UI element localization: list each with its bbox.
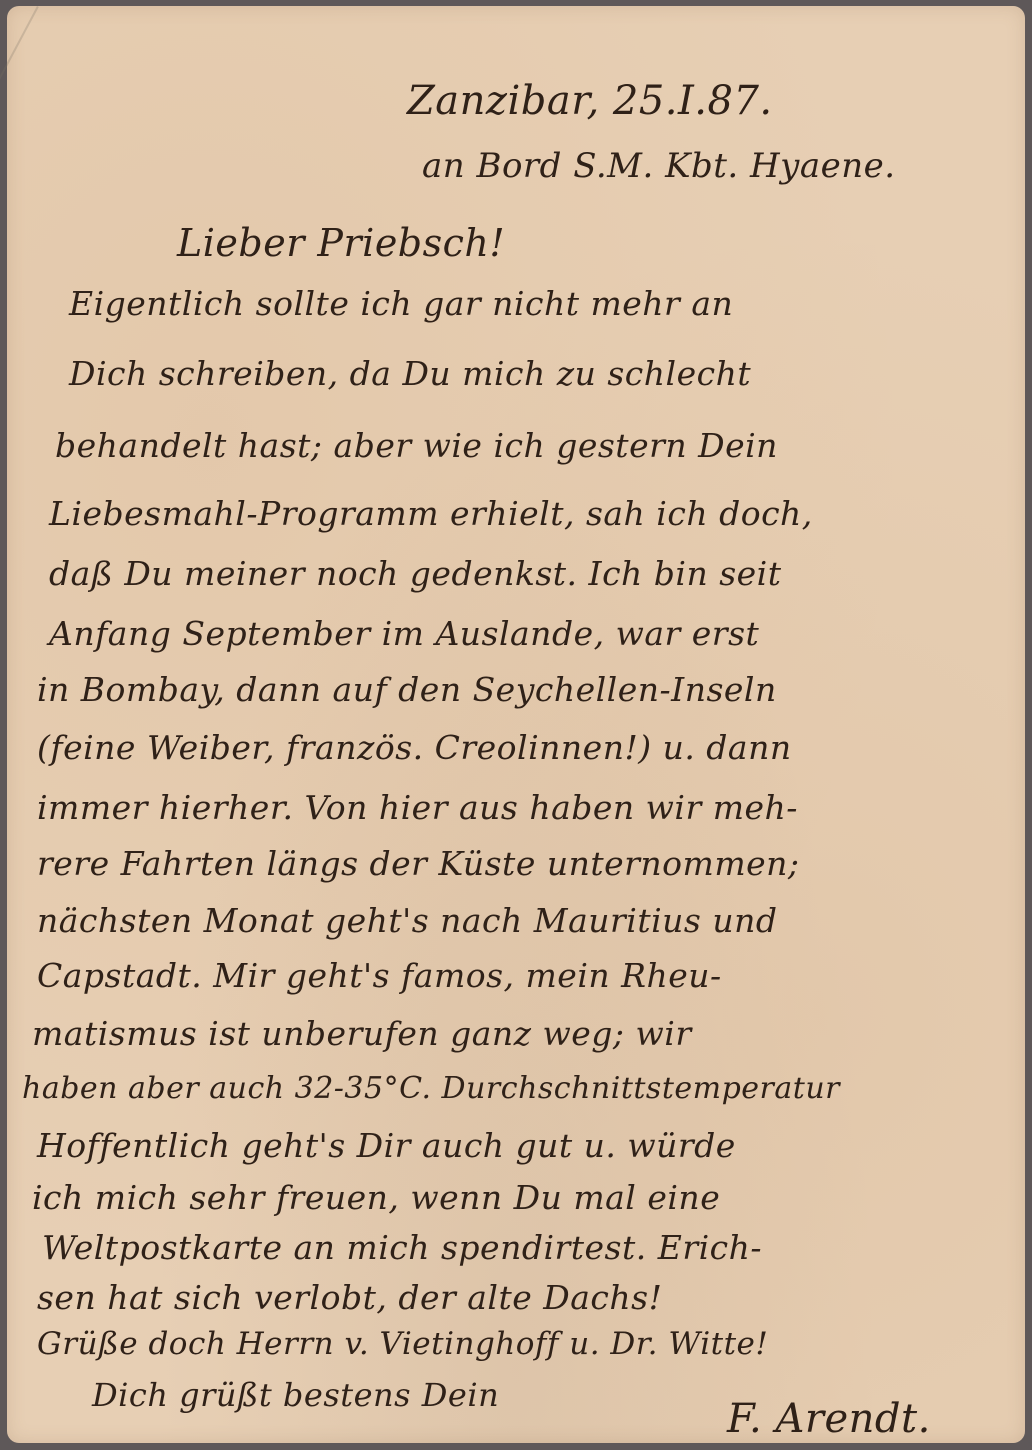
body-line: Hoffentlich geht's Dir auch gut u. würde [37, 1126, 736, 1165]
body-line: (feine Weiber, französ. Creolinnen!) u. … [37, 728, 792, 767]
body-line: haben aber auch 32-35°C. Durchschnittste… [22, 1071, 840, 1106]
body-line: behandelt hast; aber wie ich gestern Dei… [55, 426, 778, 465]
body-line: Weltpostkarte an mich spendirtest. Erich… [42, 1228, 762, 1267]
body-line: in Bombay, dann auf den Seychellen-Insel… [37, 670, 777, 709]
body-line: rere Fahrten längs der Küste unternommen… [37, 844, 800, 883]
greeting: Lieber Priebsch! [177, 221, 505, 265]
signature: F. Arendt. [727, 1396, 931, 1442]
body-line: Dich schreiben, da Du mich zu schlecht [69, 354, 751, 393]
body-line: nächsten Monat geht's nach Mauritius und [37, 901, 777, 940]
closing: Dich grüßt bestens Dein [92, 1376, 499, 1414]
body-line: Capstadt. Mir geht's famos, mein Rheu- [37, 956, 722, 995]
body-line: matismus ist unberufen ganz weg; wir [32, 1014, 692, 1053]
body-line: Liebesmahl-Programm erhielt, sah ich doc… [49, 494, 813, 533]
body-line: sen hat sich verlobt, der alte Dachs! [37, 1278, 662, 1317]
ship-line: an Bord S.M. Kbt. Hyaene. [422, 146, 896, 186]
body-line: Grüße doch Herrn v. Vietinghoff u. Dr. W… [37, 1326, 768, 1362]
body-line: ich mich sehr freuen, wenn Du mal eine [32, 1178, 720, 1217]
body-line: Eigentlich sollte ich gar nicht mehr an [69, 284, 733, 323]
body-line: immer hierher. Von hier aus haben wir me… [37, 788, 798, 827]
body-line: daß Du meiner noch gedenkst. Ich bin sei… [49, 554, 782, 593]
paper-crease [0, 6, 39, 157]
postcard: Zanzibar, 25.I.87. an Bord S.M. Kbt. Hya… [7, 6, 1025, 1443]
body-line: Anfang September im Auslande, war erst [49, 614, 759, 653]
place-date: Zanzibar, 25.I.87. [407, 78, 773, 124]
